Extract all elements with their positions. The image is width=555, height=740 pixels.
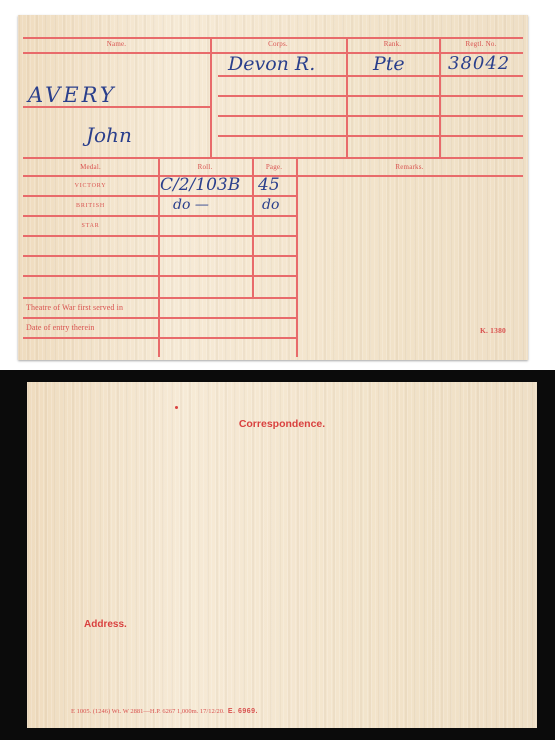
theatre-of-war-label: Theatre of War first served in xyxy=(26,303,123,312)
rule-line xyxy=(218,135,523,137)
rule-line xyxy=(346,37,348,157)
remarks-header: Remarks. xyxy=(296,163,523,171)
print-line: E 1005. (1246) Wt. W 2881—H.P. 6267 1,00… xyxy=(71,708,258,715)
form-code: K. 1380 xyxy=(480,326,506,335)
rank-header: Rank. xyxy=(346,40,439,48)
british-roll-entry: do — xyxy=(173,197,209,213)
rule-line xyxy=(23,337,296,339)
victory-page-entry: 45 xyxy=(258,175,280,195)
medal-star-label: Star xyxy=(23,223,158,229)
medal-victory-label: Victory xyxy=(23,183,158,189)
correspondence-label: Correspondence. xyxy=(27,418,537,430)
rule-line xyxy=(23,37,523,39)
rule-line xyxy=(439,37,441,157)
date-of-entry-label: Date of entry therein xyxy=(26,323,95,332)
regt-no-entry: 38042 xyxy=(448,53,510,74)
print-code: E. 6969. xyxy=(228,708,258,715)
rule-line xyxy=(218,95,523,97)
rule-line xyxy=(23,195,296,197)
regt-no-header: Regtl. No. xyxy=(439,40,523,48)
rule-line xyxy=(23,317,296,319)
corps-entry: Devon R. xyxy=(228,53,315,75)
print-reference: E 1005. (1246) Wt. W 2881—H.P. 6267 1,00… xyxy=(71,708,225,715)
roll-header: Roll. xyxy=(158,163,252,171)
forename-entry: John xyxy=(86,123,132,147)
rank-entry: Pte xyxy=(373,53,405,75)
medal-card-back: Correspondence. Address. E 1005. (1246) … xyxy=(27,382,537,728)
medal-header: Medal. xyxy=(23,163,158,171)
address-label: Address. xyxy=(84,619,127,630)
rule-line xyxy=(23,297,296,299)
rule-line xyxy=(23,235,296,237)
page-header: Page. xyxy=(252,163,296,171)
surname-entry: AVERY xyxy=(28,83,117,107)
rule-line xyxy=(218,75,523,77)
victory-roll-entry: C/2/103B xyxy=(160,175,240,195)
corps-header: Corps. xyxy=(210,40,346,48)
name-header: Name. xyxy=(23,40,210,48)
rule-line xyxy=(210,37,212,157)
ink-dot xyxy=(175,406,178,409)
rule-line xyxy=(23,255,296,257)
rule-line xyxy=(218,115,523,117)
rule-line xyxy=(23,157,523,159)
rule-line xyxy=(23,215,296,217)
rule-line xyxy=(23,275,296,277)
medal-british-label: British xyxy=(23,203,158,209)
medal-card-front: Name. Corps. Rank. Regtl. No. AVERY John… xyxy=(18,15,528,360)
rule-line xyxy=(296,157,298,357)
british-page-entry: do xyxy=(262,197,279,213)
